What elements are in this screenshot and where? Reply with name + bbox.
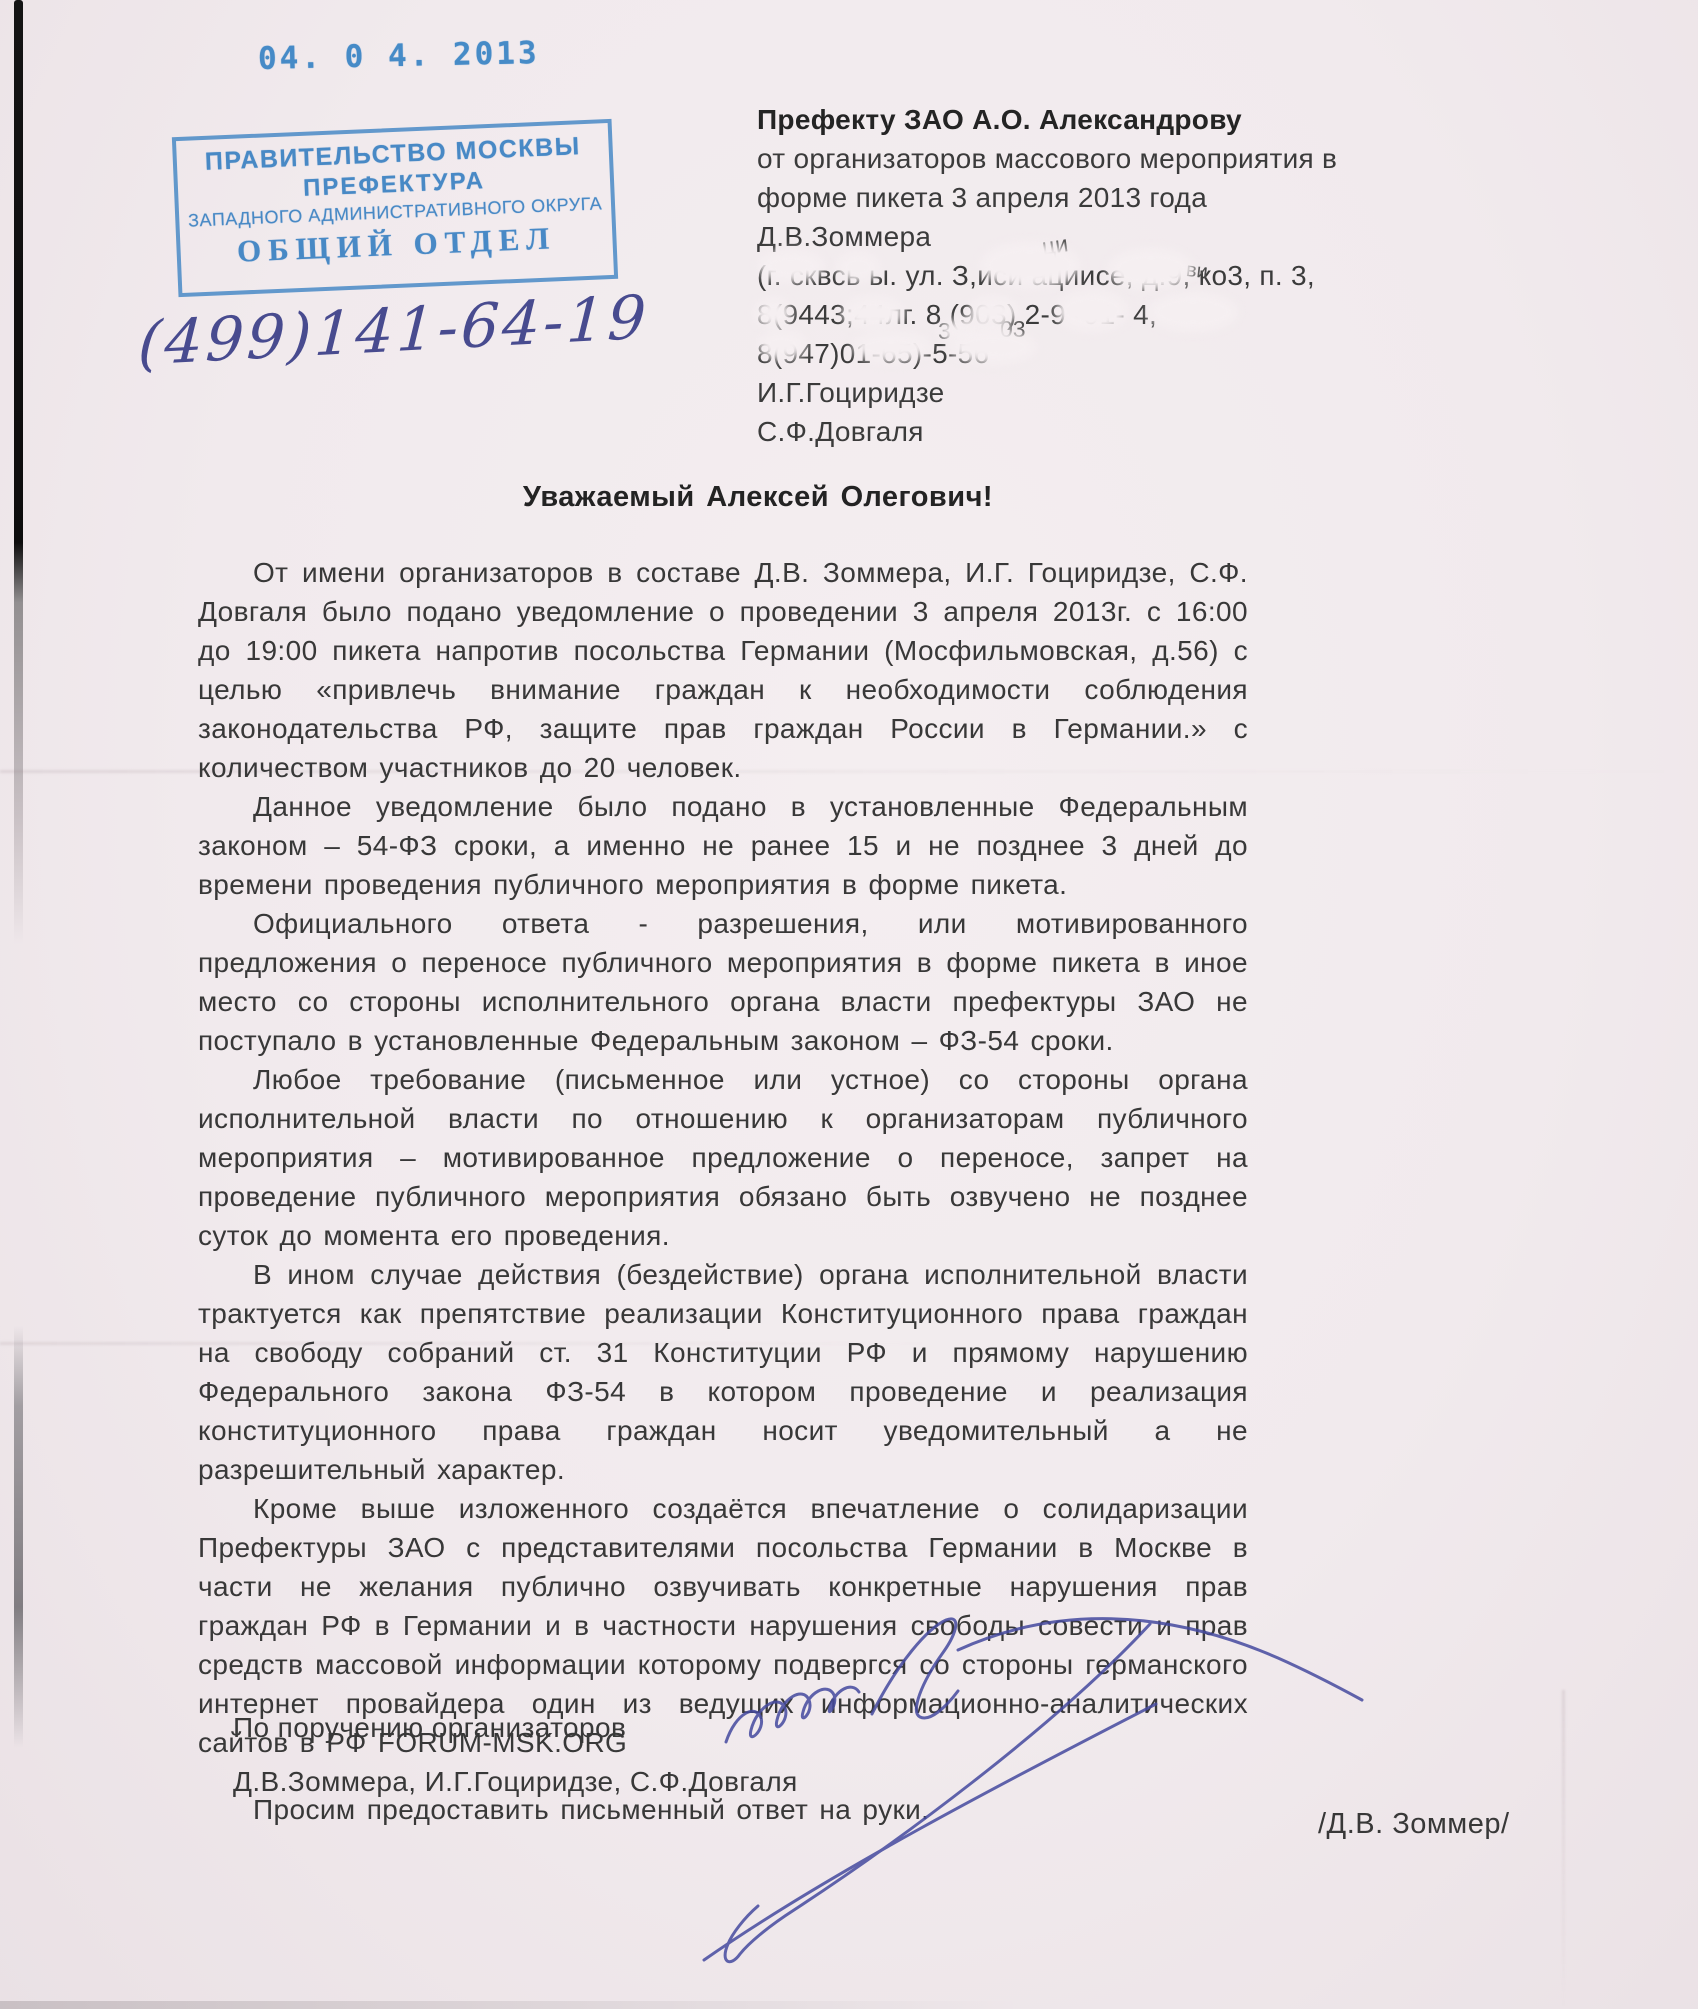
censor-smudge	[968, 296, 1018, 326]
closing-on-behalf: По поручению организаторов	[233, 1712, 798, 1744]
paragraph-constitution: В ином случае действия (бездействие) орг…	[198, 1255, 1248, 1489]
addressee-name: Префекту ЗАО А.О. Александрову	[757, 100, 1337, 139]
signer-name: /Д.В. Зоммер/	[1318, 1808, 1510, 1841]
closing-organizers: Д.В.Зоммера, И.Г.Гоциридзе, С.Ф.Довгаля	[233, 1766, 798, 1798]
censor-smudge	[950, 330, 1036, 364]
addressee-line: И.Г.Гоциридзе	[757, 373, 1337, 412]
censor-smudge	[1148, 292, 1238, 332]
salutation: Уважаемый Алексей Олегович!	[268, 478, 1248, 517]
paper-crease	[1562, 1690, 1565, 2009]
scanner-edge-artifact	[0, 2001, 1019, 2009]
censor-smudge	[836, 252, 880, 282]
censor-smudge	[754, 298, 792, 328]
addressee-line-redacted: 8(947)01-65)-5-56	[757, 334, 1337, 373]
paragraph-deadline: Данное уведомление было подано в установ…	[198, 787, 1248, 904]
paragraph-notification: От имени организаторов в составе Д.В. Зо…	[198, 553, 1248, 787]
addressee-line: от организаторов массового мероприятия в	[757, 139, 1337, 178]
closing-block: По поручению организаторов Д.В.Зоммера, …	[233, 1712, 798, 1798]
date-received-stamp: 04. 0 4. 2013	[258, 35, 540, 77]
censor-smudge	[1056, 290, 1128, 332]
censor-smudge	[758, 330, 806, 360]
paragraph-no-response: Официального ответа - разрешения, или мо…	[198, 904, 1248, 1060]
censor-smudge	[758, 250, 824, 282]
prefecture-office-stamp: ПРАВИТЕЛЬСТВО МОСКВЫ ПРЕФЕКТУРА ЗАПАДНОГ…	[172, 119, 618, 297]
addressee-line: С.Ф.Довгаля	[757, 412, 1337, 451]
paragraph-requirement: Любое требование (письменное или устное)…	[198, 1060, 1248, 1255]
censor-smudge	[980, 242, 1080, 288]
censor-smudge	[1108, 248, 1194, 290]
letter-body: Уважаемый Алексей Олегович! От имени орг…	[198, 478, 1248, 1829]
censor-smudge	[852, 332, 930, 362]
addressee-line: форме пикета 3 апреля 2013 года	[757, 178, 1337, 217]
scanned-letter-page: 04. 0 4. 2013 ПРАВИТЕЛЬСТВО МОСКВЫ ПРЕФЕ…	[0, 0, 1698, 2009]
censor-smudge	[842, 296, 904, 330]
handwritten-phone-number: (499)141-64-19	[137, 282, 651, 379]
scanner-edge-artifact	[14, 0, 23, 2009]
